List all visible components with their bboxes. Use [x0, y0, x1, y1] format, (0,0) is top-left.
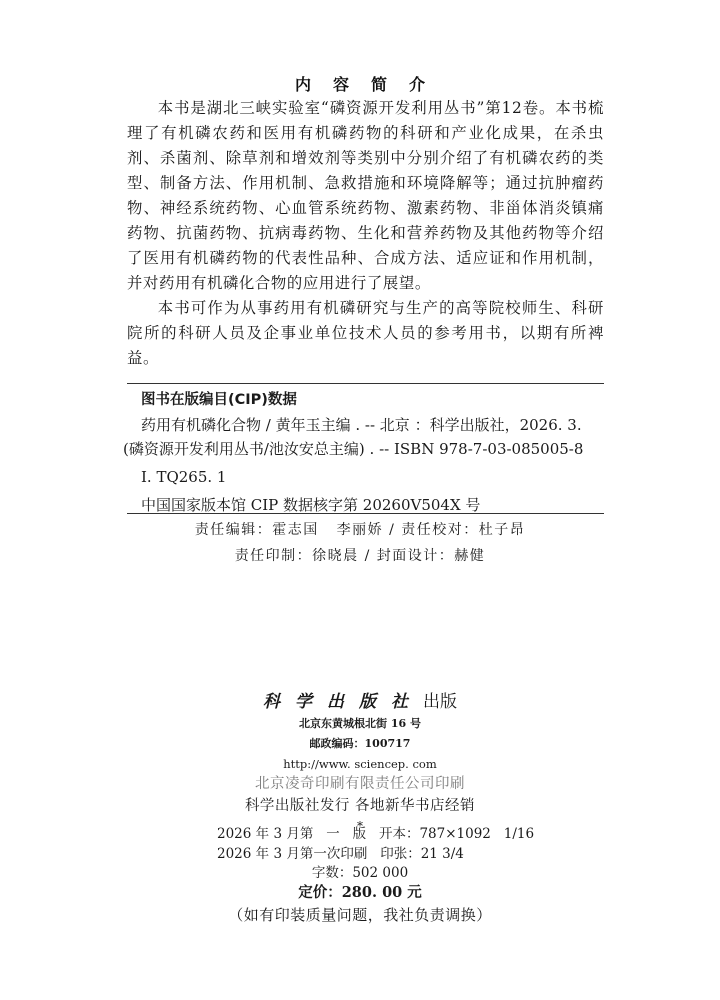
cip-series-isbn-line: (磷资源开发利用丛书/池汝安总主编) . -- ISBN 978-7-03-08…	[123, 438, 583, 459]
imprint-block: 科学出版社出版 北京东黄城根北街 16 号 邮政编码：100717 http:/…	[0, 690, 720, 835]
page-title: 内容简介	[0, 72, 720, 95]
publisher-line: 科学出版社出版	[0, 690, 720, 714]
editorial-credits: 责任编辑：霍志国 李丽娇 / 责任校对：杜子昂 责任印制：徐晓晨 / 封面设计：…	[0, 517, 720, 569]
cip-classification-line: Ⅰ. TQ265. 1	[141, 468, 226, 486]
cip-title-line: 药用有机磷化合物 / 黄年玉主编 . -- 北京 ：科学出版社，2026. 3.	[141, 414, 582, 435]
quality-notice: （如有印装质量问题，我社负责调换）	[0, 904, 720, 926]
price: 定价：280. 00 元	[0, 883, 720, 903]
publisher-suffix: 出版	[423, 692, 457, 712]
abstract-section: 本书是湖北三峡实验室“磷资源开发利用丛书”第12卷。本书梳理了有机磷农药和医用有…	[127, 96, 604, 371]
abstract-paragraph-1: 本书是湖北三峡实验室“磷资源开发利用丛书”第12卷。本书梳理了有机磷农药和医用有…	[127, 96, 604, 296]
word-count: 字数：502 000	[0, 864, 720, 883]
publisher-postcode: 邮政编码：100717	[0, 734, 720, 754]
cip-record-number-line: 中国国家版本馆 CIP 数据核字第 20260V504X 号	[141, 494, 480, 515]
publisher-address: 北京东黄城根北街 16 号	[0, 714, 720, 734]
cip-heading: 图书在版编目(CIP)数据	[141, 388, 297, 409]
cip-data-block: 图书在版编目(CIP)数据 药用有机磷化合物 / 黄年玉主编 . -- 北京 ：…	[127, 383, 604, 514]
distribution-line: 科学出版社发行 各地新华书店经销	[0, 795, 720, 817]
publisher-url: http://www. sciencep. com	[0, 754, 720, 774]
printing-line: 2026 年 3 月第一次印刷 印张：21 3/4	[217, 845, 464, 864]
credits-print-design-line: 责任印制：徐晓晨 / 封面设计：赫健	[0, 543, 720, 569]
edition-line: 2026 年 3 月第 一 版 开本：787×1092 1/16	[217, 825, 534, 844]
publisher-name: 科学出版社	[263, 692, 423, 712]
abstract-paragraph-2: 本书可作为从事药用有机磷研究与生产的高等院校师生、科研院所的科研人员及企事业单位…	[127, 296, 604, 371]
printer-line: 北京凌奇印刷有限责任公司印刷	[0, 774, 720, 795]
credits-editors-line: 责任编辑：霍志国 李丽娇 / 责任校对：杜子昂	[0, 517, 720, 543]
copyright-page: 内容简介 本书是湖北三峡实验室“磷资源开发利用丛书”第12卷。本书梳理了有机磷农…	[0, 0, 720, 1000]
